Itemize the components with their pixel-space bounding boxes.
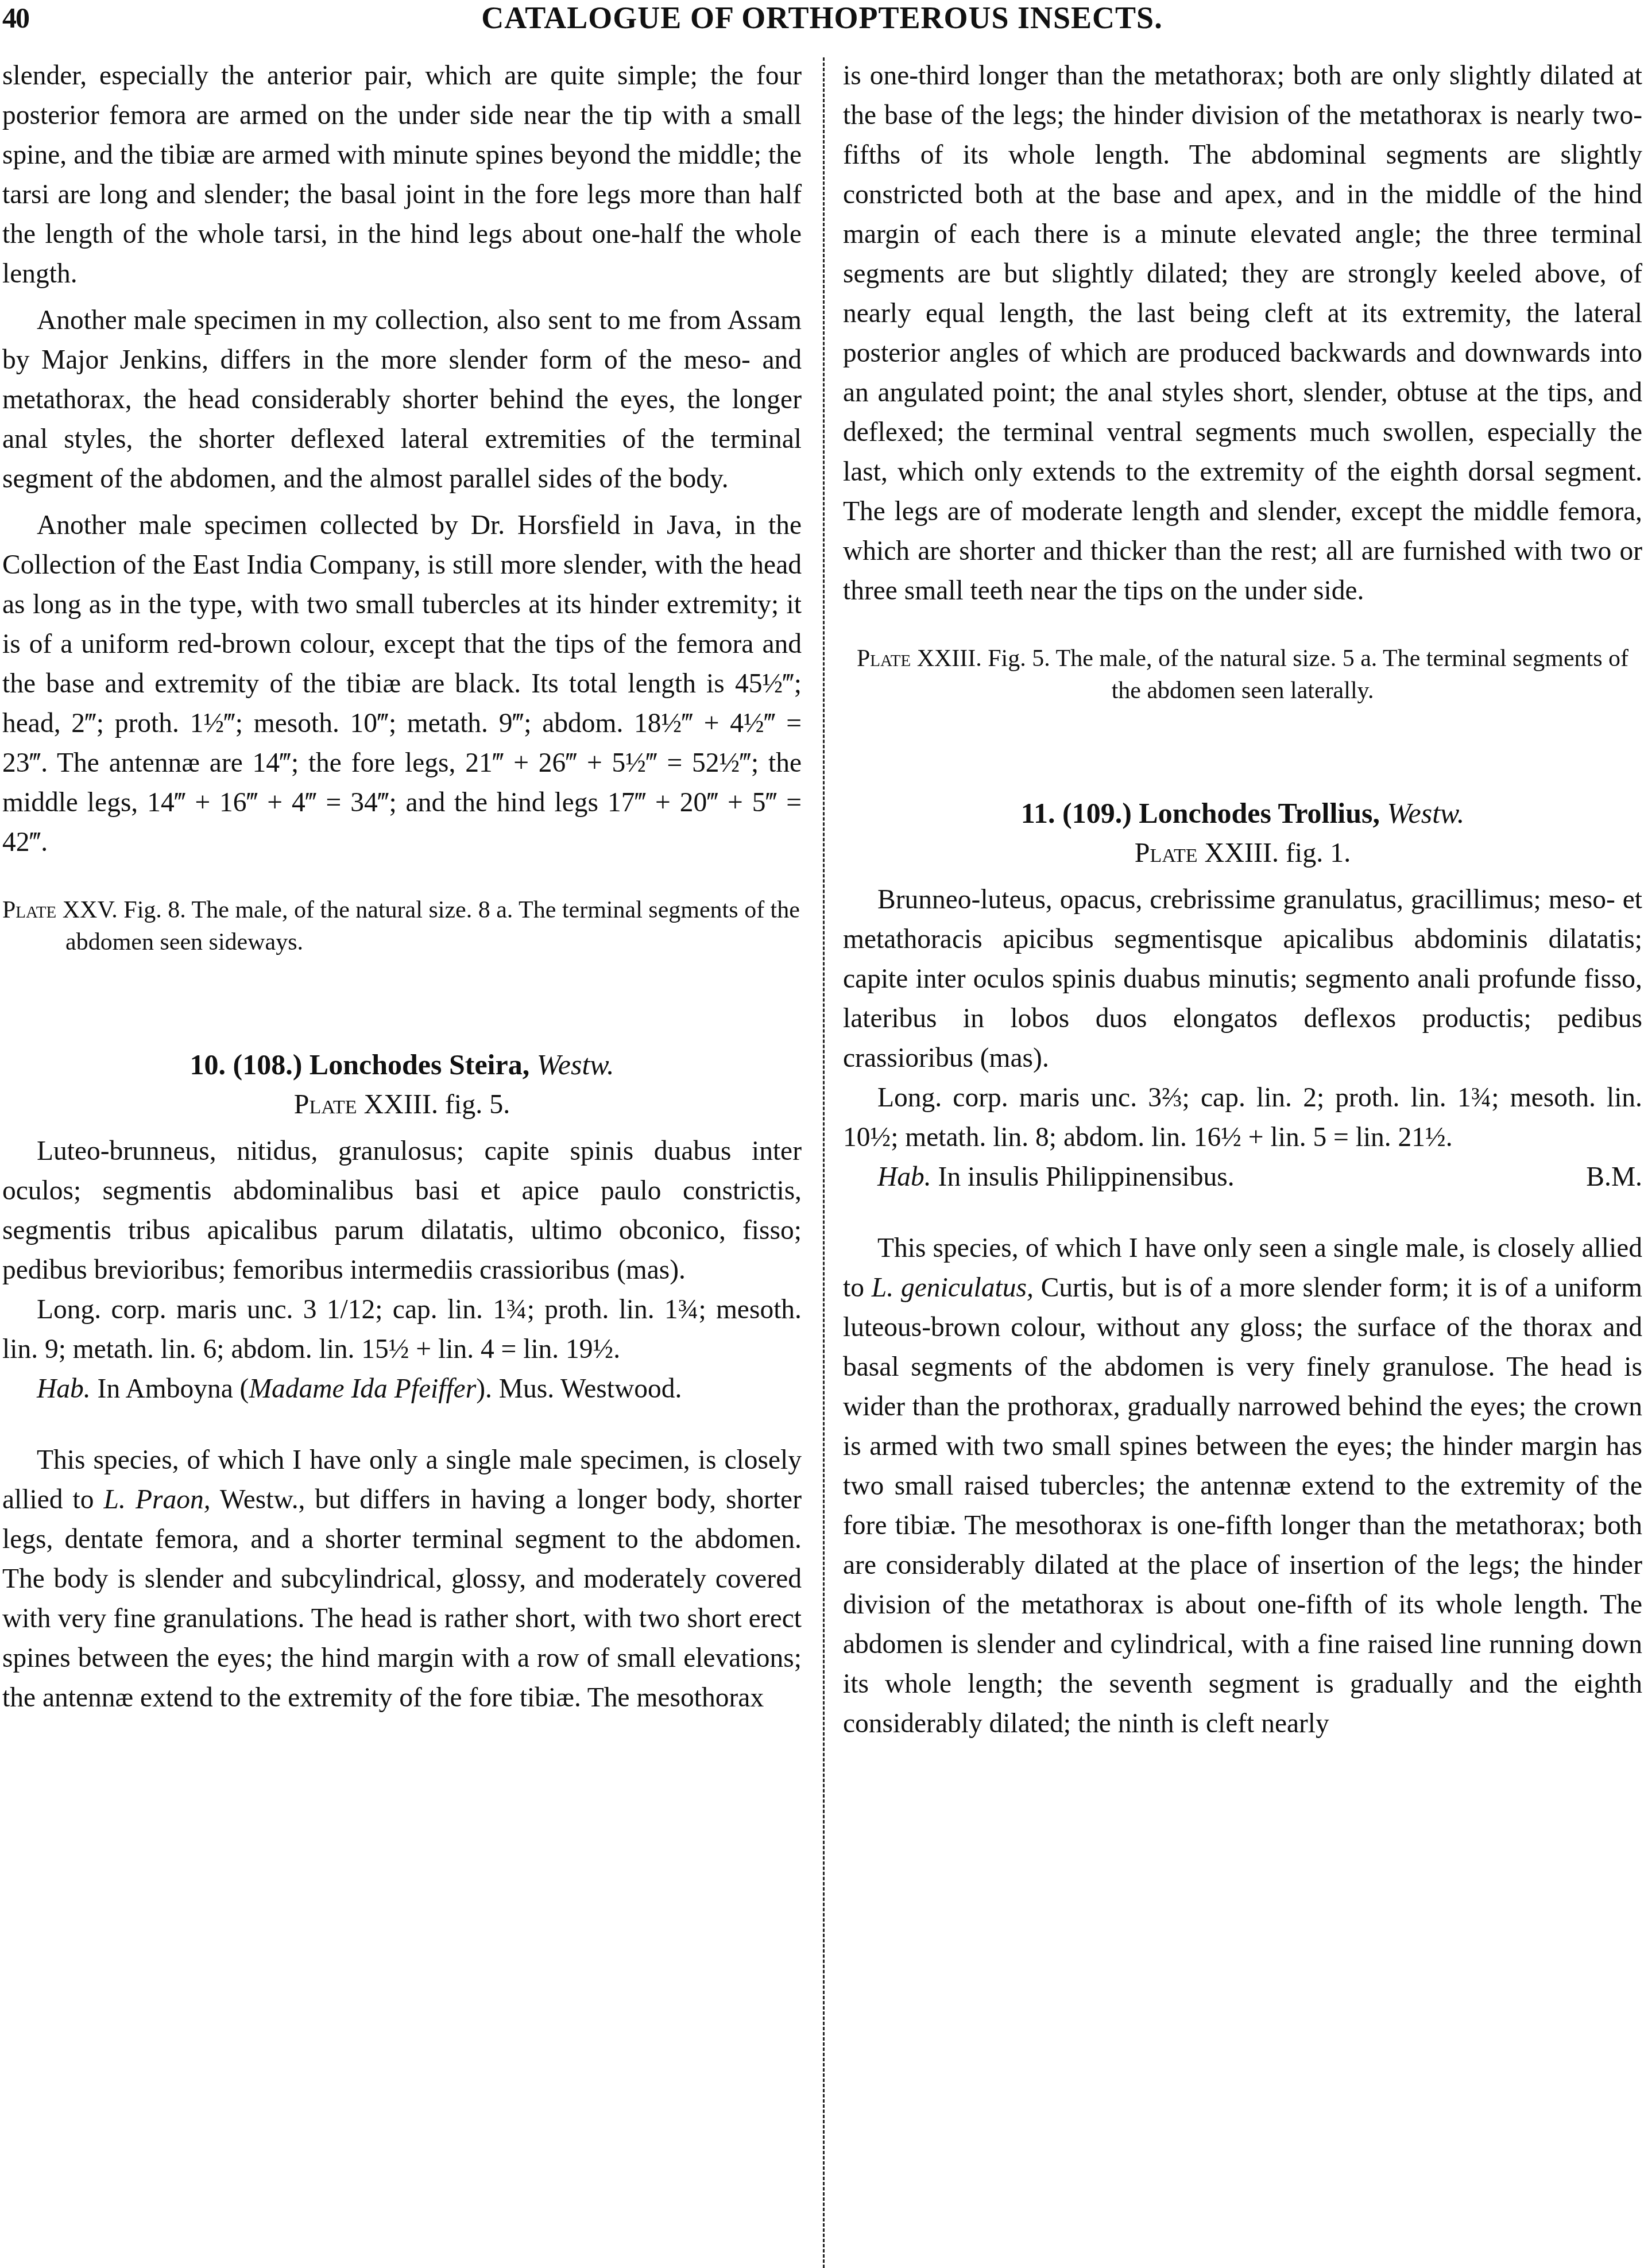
plate-caption: Plate XXIII. Fig. 5. The male, of the na…: [843, 643, 1642, 707]
paragraph: slender, especially the anterior pair, w…: [2, 56, 802, 294]
plate-label: Plate XXV.: [2, 897, 118, 923]
discussion: This species, of which I have only a sin…: [2, 1441, 802, 1718]
species-author: Westw.: [1387, 797, 1464, 829]
plate-reference: Plate XXIII. fig. 1.: [843, 833, 1642, 873]
latin-description: Brunneo-luteus, opacus, crebrissime gran…: [843, 880, 1642, 1078]
species-name: Lonchodes Trollius,: [1139, 797, 1380, 829]
measurements: Long. corp. maris unc. 3 1/12; cap. lin.…: [2, 1290, 802, 1369]
plate-label: Plate XXIII.: [857, 645, 982, 672]
collector: Madame Ida Pfeiffer: [249, 1374, 476, 1404]
museum: Mus. Westwood.: [499, 1374, 682, 1404]
museum: B.M.: [1552, 1158, 1642, 1197]
latin-description: Luteo-brunneus, nitidus, granulosus; cap…: [2, 1132, 802, 1290]
plate-caption: Plate XXV. Fig. 8. The male, of the natu…: [2, 894, 802, 958]
plate-figure: XXIII. fig. 5.: [364, 1089, 510, 1120]
left-column: slender, especially the anterior pair, w…: [2, 56, 802, 1718]
paragraph: Another male specimen collected by Dr. H…: [2, 506, 802, 862]
caption-text: Fig. 8. The male, of the natural size. 8…: [65, 897, 800, 955]
species-entry: 10. (108.) Lonchodes Steira, Westw. Plat…: [2, 1044, 802, 1718]
column-divider: [823, 57, 825, 2268]
species-number: 10. (108.): [190, 1048, 303, 1081]
plate-label: Plate: [1135, 838, 1198, 868]
measurements: Long. corp. maris unc. 3⅔; cap. lin. 2; …: [843, 1078, 1642, 1158]
paragraph: is one-third longer than the metathorax;…: [843, 56, 1642, 611]
species-reference: L. geniculatus,: [872, 1273, 1034, 1303]
plate-label: Plate: [294, 1089, 357, 1120]
caption-text: Fig. 5. The male, of the natural size. 5…: [988, 645, 1628, 704]
species-heading: 10. (108.) Lonchodes Steira, Westw.: [2, 1044, 802, 1085]
species-entry: 11. (109.) Lonchodes Trollius, Westw. Pl…: [843, 793, 1642, 1744]
plate-figure: XXIII. fig. 1.: [1205, 838, 1351, 868]
plate-reference: Plate XXIII. fig. 5.: [2, 1085, 802, 1125]
running-head: CATALOGUE OF ORTHOPTEROUS INSECTS.: [0, 0, 1644, 36]
discussion: This species, of which I have only seen …: [843, 1229, 1642, 1744]
species-name: Lonchodes Steira,: [310, 1048, 529, 1081]
habitat: Hab. In insulis Philippinensibus. B.M.: [843, 1158, 1642, 1197]
hab-label: Hab.: [37, 1374, 91, 1404]
species-author: Westw.: [537, 1048, 614, 1081]
paragraph: Another male specimen in my collection, …: [2, 301, 802, 499]
species-reference: L. Praon,: [104, 1485, 211, 1515]
right-column: is one-third longer than the metathorax;…: [843, 56, 1642, 1744]
species-number: 11. (109.): [1021, 797, 1132, 829]
species-heading: 11. (109.) Lonchodes Trollius, Westw.: [843, 793, 1642, 833]
hab-label: Hab.: [877, 1162, 931, 1192]
habitat: Hab. In Amboyna (Madame Ida Pfeiffer). M…: [2, 1369, 802, 1409]
